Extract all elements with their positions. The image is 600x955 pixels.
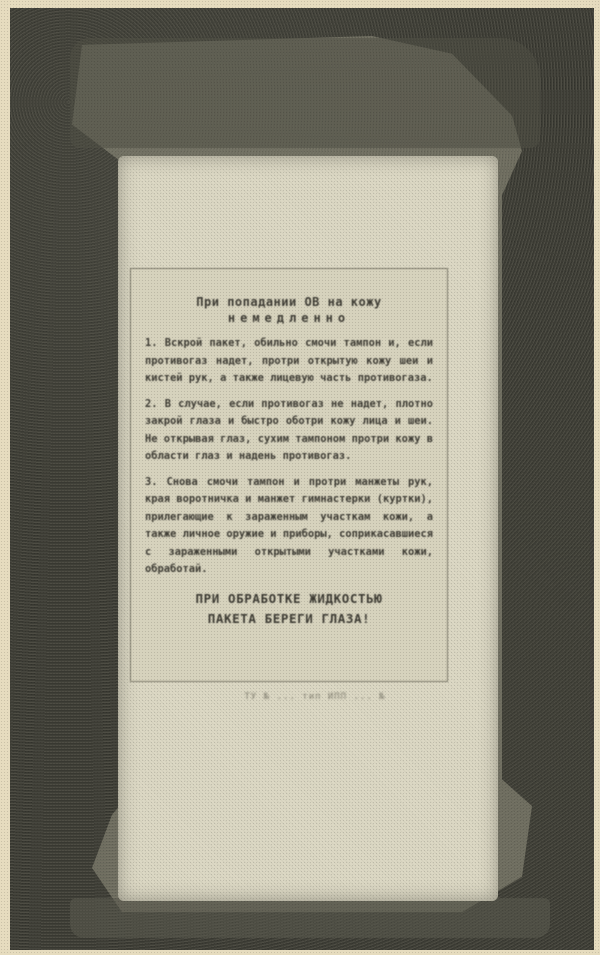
instruction-label: При попадании ОВ на кожу немедленно 1. В…	[130, 268, 448, 682]
label-heading: При попадании ОВ на кожу	[145, 295, 433, 309]
label-subheading: немедленно	[145, 311, 433, 325]
warning-line-2: ПАКЕТА БЕРЕГИ ГЛАЗА!	[145, 609, 433, 629]
instruction-step-2: 2. В случае, если противогаз не надет, п…	[145, 396, 433, 466]
wrap-bottom-fold	[70, 898, 550, 938]
instruction-step-1: 1. Вскрой пакет, обильно смочи тампон и,…	[145, 335, 433, 388]
wrap-top-fold	[70, 38, 540, 148]
instruction-step-3: 3. Снова смочи тампон и протри манжеты р…	[145, 474, 433, 579]
warning-line-1: ПРИ ОБРАБОТКЕ ЖИДКОСТЬЮ	[145, 589, 433, 609]
label-footer: ТУ № ... тип ИПП ... №	[205, 692, 425, 702]
